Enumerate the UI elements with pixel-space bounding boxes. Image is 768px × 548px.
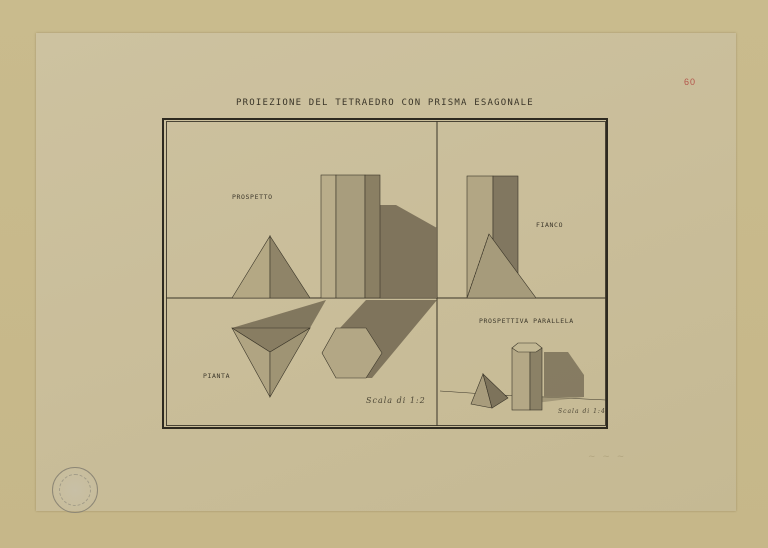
stamp-inner-ring <box>59 474 91 506</box>
label-pianta: Pianta <box>203 372 230 380</box>
label-prospetto: Prospetto <box>232 193 273 201</box>
label-prospettiva-parallela: Prospettiva parallela <box>479 317 574 325</box>
archive-stamp <box>52 467 98 513</box>
pencil-annotation: ~ ~ ~ <box>588 452 626 462</box>
side-view <box>467 176 536 298</box>
label-fianco: Fianco <box>536 221 563 229</box>
scale-main: Scala di 1:2 <box>366 396 426 405</box>
parallel-perspective-view <box>440 343 606 410</box>
scale-secondary: Scala di 1:4 <box>558 408 606 415</box>
plan-view <box>232 300 437 397</box>
technical-drawing <box>0 0 768 548</box>
